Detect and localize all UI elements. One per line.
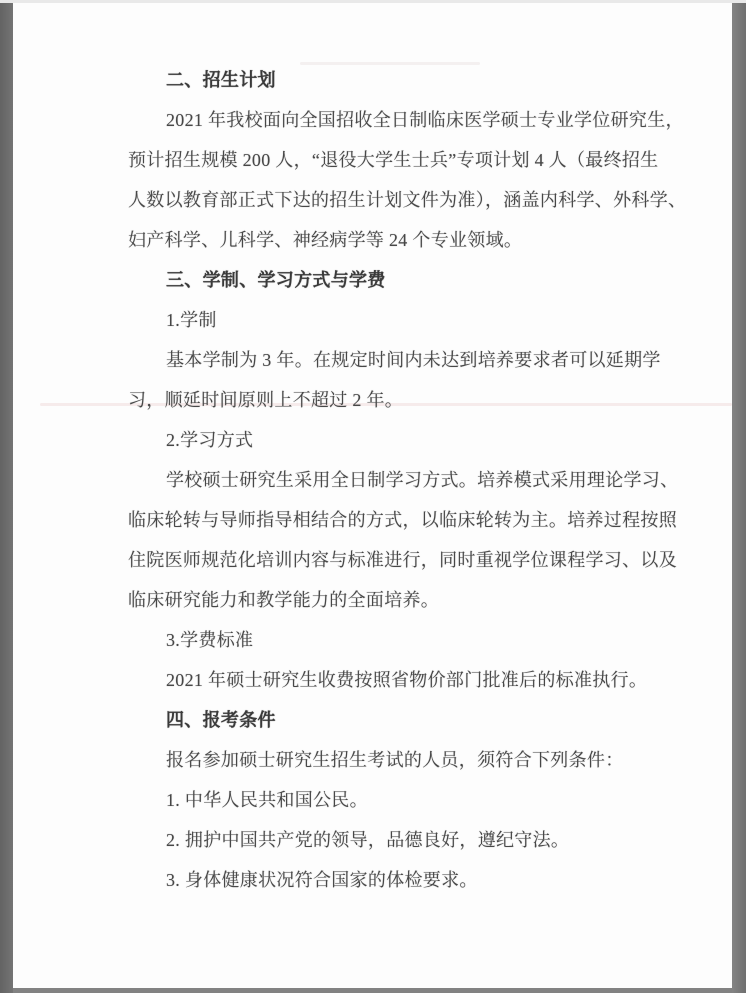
document-body: 二、招生计划 2021 年我校面向全国招收全日制临床医学硕士专业学位研究生， 预… (128, 60, 703, 900)
section-heading-schooling: 三、学制、学习方式与学费 (128, 260, 703, 300)
scan-edge-right (732, 2, 746, 993)
section-heading-admission-plan: 二、招生计划 (128, 60, 703, 100)
doc-line: 2021 年我校面向全国招收全日制临床医学硕士专业学位研究生， (128, 100, 703, 140)
doc-line: 学校硕士研究生采用全日制学习方式。培养模式采用理论学习、 (128, 460, 703, 500)
doc-line: 临床轮转与导师指导相结合的方式，以临床轮转为主。培养过程按照 (128, 500, 703, 540)
doc-line: 人数以教育部正式下达的招生计划文件为准），涵盖内科学、外科学、 (128, 180, 703, 220)
doc-line: 临床研究能力和教学能力的全面培养。 (128, 580, 703, 620)
scan-edge-top (0, 0, 746, 3)
scan-edge-bottom (0, 988, 746, 993)
scan-edge-left (0, 2, 13, 993)
doc-list-item: 3. 身体健康状况符合国家的体检要求。 (128, 860, 703, 900)
section-heading-requirements: 四、报考条件 (128, 700, 703, 740)
doc-subheading: 1.学制 (128, 300, 703, 340)
doc-line: 报名参加硕士研究生招生考试的人员，须符合下列条件： (128, 740, 703, 780)
doc-line: 2021 年硕士研究生收费按照省物价部门批准后的标准执行。 (128, 660, 703, 700)
doc-line: 习，顺延时间原则上不超过 2 年。 (128, 380, 703, 420)
doc-list-item: 1. 中华人民共和国公民。 (128, 780, 703, 820)
doc-line: 住院医师规范化培训内容与标准进行，同时重视学位课程学习、以及 (128, 540, 703, 580)
scanned-document-page: 二、招生计划 2021 年我校面向全国招收全日制临床医学硕士专业学位研究生， 预… (0, 0, 746, 993)
doc-line: 基本学制为 3 年。在规定时间内未达到培养要求者可以延期学 (128, 340, 703, 380)
doc-line: 妇产科学、儿科学、神经病学等 24 个专业领域。 (128, 220, 703, 260)
doc-list-item: 2. 拥护中国共产党的领导，品德良好，遵纪守法。 (128, 820, 703, 860)
doc-subheading: 3.学费标准 (128, 620, 703, 660)
doc-subheading: 2.学习方式 (128, 420, 703, 460)
doc-line: 预计招生规模 200 人，“退役大学生士兵”专项计划 4 人（最终招生 (128, 140, 703, 180)
